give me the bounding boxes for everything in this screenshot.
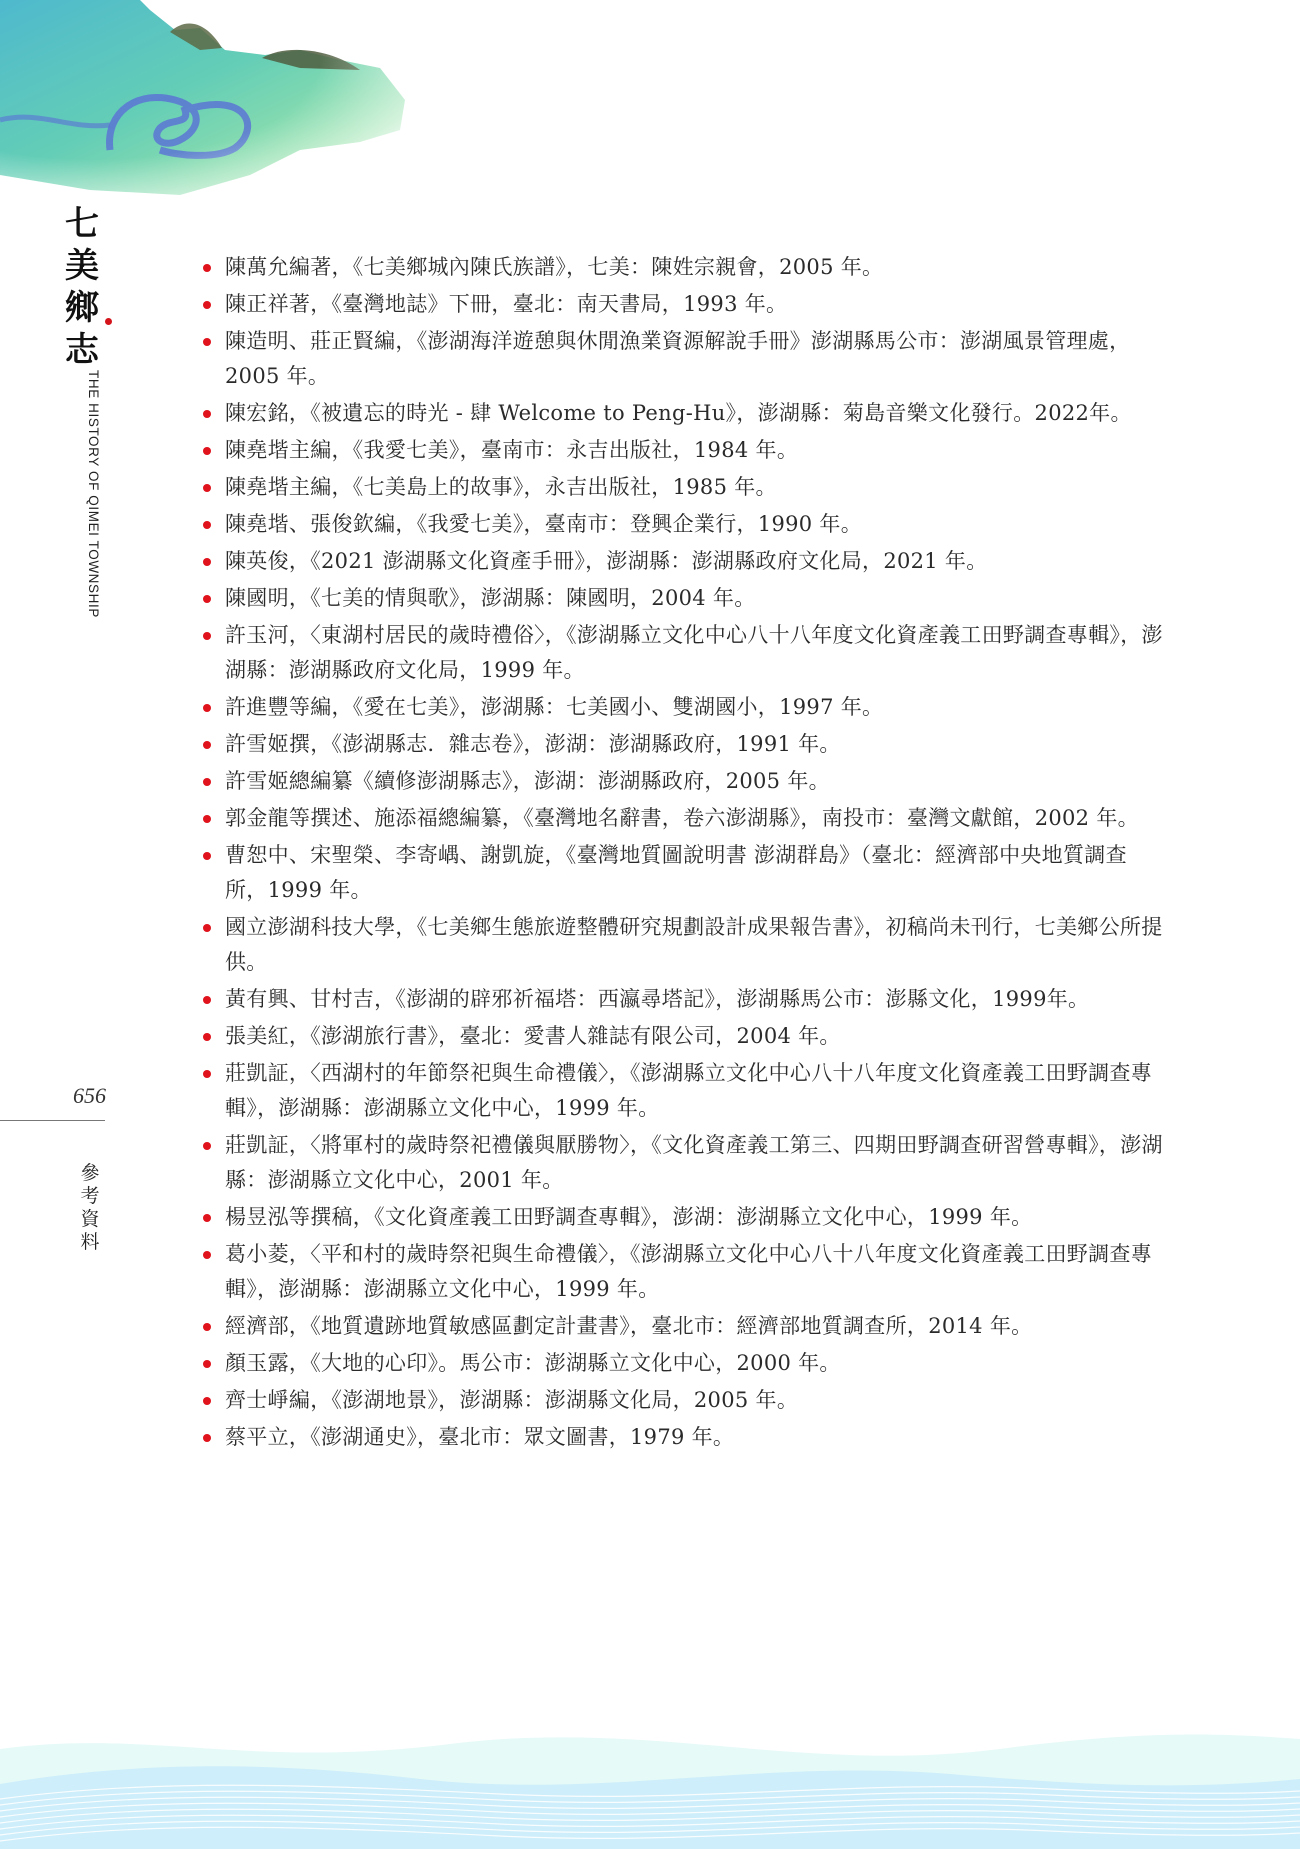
reference-text: 經濟部，《地質遺跡地質敏感區劃定計畫書》，臺北市：經濟部地質調查所，2014 年… [225, 1314, 1032, 1338]
reference-text: 陳堯堦主編，《七美島上的故事》，永吉出版社，1985 年。 [225, 475, 777, 499]
book-title-char: 鄉 [65, 287, 99, 329]
bullet-icon [203, 778, 211, 786]
reference-list: 陳萬允編著，《七美鄉城內陳氏族譜》，七美：陳姓宗親會，2005 年。 陳正祥著，… [203, 250, 1163, 1457]
reference-text: 國立澎湖科技大學，《七美鄉生態旅遊整體研究規劃設計成果報告書》，初稿尚未刊行，七… [225, 915, 1163, 974]
reference-item: 張美紅，《澎湖旅行書》，臺北：愛書人雜誌有限公司，2004 年。 [203, 1019, 1163, 1054]
reference-item: 許雪姬撰，《澎湖縣志．雜志卷》，澎湖：澎湖縣政府，1991 年。 [203, 727, 1163, 762]
bullet-icon [203, 447, 211, 455]
bullet-icon [203, 924, 211, 932]
reference-text: 陳堯堦、張俊欽編，《我愛七美》，臺南市：登興企業行，1990 年。 [225, 512, 862, 536]
section-label-char: 考 [80, 1185, 99, 1208]
section-label-char: 料 [80, 1231, 99, 1254]
bullet-icon [203, 996, 211, 1004]
reference-text: 黃有興、甘村吉，《澎湖的辟邪祈福塔：西瀛尋塔記》，澎湖縣馬公市：澎縣文化，199… [225, 987, 1089, 1011]
reference-text: 許進豐等編，《愛在七美》，澎湖縣：七美國小、雙湖國小，1997 年。 [225, 695, 883, 719]
bullet-icon [203, 741, 211, 749]
reference-item: 齊士崢編，《澎湖地景》，澎湖縣：澎湖縣文化局，2005 年。 [203, 1383, 1163, 1418]
page-number: 656 [66, 1083, 106, 1109]
title-seal-dot-icon [105, 318, 112, 325]
reference-text: 許雪姬總編纂《續修澎湖縣志》，澎湖：澎湖縣政府，2005 年。 [225, 769, 830, 793]
reference-item: 許雪姬總編纂《續修澎湖縣志》，澎湖：澎湖縣政府，2005 年。 [203, 764, 1163, 799]
bullet-icon [203, 1251, 211, 1259]
reference-text: 張美紅，《澎湖旅行書》，臺北：愛書人雜誌有限公司，2004 年。 [225, 1024, 841, 1048]
reference-text: 莊凱証，〈將軍村的歲時祭祀禮儀與厭勝物〉，《文化資產義工第三、四期田野調查研習營… [225, 1133, 1163, 1192]
reference-text: 葛小菱，〈平和村的歲時祭祀與生命禮儀〉，《澎湖縣立文化中心八十八年度文化資產義工… [225, 1242, 1152, 1301]
reference-item: 曹恕中、宋聖榮、李寄嵎、謝凱旋，《臺灣地質圖說明書 澎湖群島》（臺北：經濟部中央… [203, 838, 1163, 908]
book-title-char: 志 [65, 329, 99, 371]
reference-text: 陳國明，《七美的情與歌》，澎湖縣：陳國明，2004 年。 [225, 586, 756, 610]
bullet-icon [203, 1033, 211, 1041]
reference-item: 陳萬允編著，《七美鄉城內陳氏族譜》，七美：陳姓宗親會，2005 年。 [203, 250, 1163, 285]
reference-item: 楊昱泓等撰稿，《文化資產義工田野調查專輯》，澎湖：澎湖縣立文化中心，1999 年… [203, 1200, 1163, 1235]
book-title-char: 美 [65, 245, 99, 287]
reference-text: 陳堯堦主編，《我愛七美》，臺南市：永吉出版社，1984 年。 [225, 438, 798, 462]
reference-text: 許雪姬撰，《澎湖縣志．雜志卷》，澎湖：澎湖縣政府，1991 年。 [225, 732, 841, 756]
reference-item: 陳堯堦主編，《七美島上的故事》，永吉出版社，1985 年。 [203, 470, 1163, 505]
bullet-icon [203, 1397, 211, 1405]
reference-text: 蔡平立，《澎湖通史》，臺北市：眾文圖書，1979 年。 [225, 1425, 734, 1449]
reference-item: 顏玉露，《大地的心印》。馬公市：澎湖縣立文化中心，2000 年。 [203, 1346, 1163, 1381]
wave-footer-decoration [0, 1699, 1300, 1849]
bullet-icon [203, 852, 211, 860]
page-number-divider [0, 1120, 105, 1121]
reference-text: 陳正祥著，《臺灣地誌》下冊，臺北：南天書局，1993 年。 [225, 292, 787, 316]
reference-text: 楊昱泓等撰稿，《文化資產義工田野調查專輯》，澎湖：澎湖縣立文化中心，1999 年… [225, 1205, 1032, 1229]
bullet-icon [203, 1434, 211, 1442]
reference-item: 陳英俊，《2021 澎湖縣文化資產手冊》，澎湖縣：澎湖縣政府文化局，2021 年… [203, 544, 1163, 579]
bullet-icon [203, 704, 211, 712]
reference-item: 陳宏銘，《被遺忘的時光 - 肆 Welcome to Peng-Hu》，澎湖縣：… [203, 396, 1163, 431]
bullet-icon [203, 1214, 211, 1222]
reference-item: 郭金龍等撰述、施添福總編纂，《臺灣地名辭書，卷六澎湖縣》，南投市：臺灣文獻館，2… [203, 801, 1163, 836]
reference-item: 莊凱証，〈西湖村的年節祭祀與生命禮儀〉，《澎湖縣立文化中心八十八年度文化資產義工… [203, 1056, 1163, 1126]
reference-text: 曹恕中、宋聖榮、李寄嵎、謝凱旋，《臺灣地質圖說明書 澎湖群島》（臺北：經濟部中央… [225, 843, 1127, 902]
section-label-char: 資 [80, 1208, 99, 1231]
reference-text: 陳英俊，《2021 澎湖縣文化資產手冊》，澎湖縣：澎湖縣政府文化局，2021 年… [225, 549, 988, 573]
reference-text: 齊士崢編，《澎湖地景》，澎湖縣：澎湖縣文化局，2005 年。 [225, 1388, 798, 1412]
reference-item: 蔡平立，《澎湖通史》，臺北市：眾文圖書，1979 年。 [203, 1420, 1163, 1455]
book-title-english: THE HISTORY OF QIMEI TOWNSHIP [86, 370, 101, 618]
bullet-icon [203, 338, 211, 346]
bullet-icon [203, 410, 211, 418]
bullet-icon [203, 558, 211, 566]
bullet-icon [203, 521, 211, 529]
bullet-icon [203, 484, 211, 492]
book-title-vertical: 七 美 鄉 志 [62, 203, 102, 371]
bullet-icon [203, 1360, 211, 1368]
watercolor-header-illustration [0, 0, 460, 200]
reference-text: 莊凱証，〈西湖村的年節祭祀與生命禮儀〉，《澎湖縣立文化中心八十八年度文化資產義工… [225, 1061, 1152, 1120]
bullet-icon [203, 264, 211, 272]
book-title-char: 七 [65, 203, 99, 245]
reference-item: 陳堯堦主編，《我愛七美》，臺南市：永吉出版社，1984 年。 [203, 433, 1163, 468]
reference-item: 陳造明、莊正賢編，《澎湖海洋遊憩與休閒漁業資源解說手冊》澎湖縣馬公市：澎湖風景管… [203, 324, 1163, 394]
bullet-icon [203, 815, 211, 823]
bullet-icon [203, 1142, 211, 1150]
reference-item: 莊凱証，〈將軍村的歲時祭祀禮儀與厭勝物〉，《文化資產義工第三、四期田野調查研習營… [203, 1128, 1163, 1198]
reference-text: 郭金龍等撰述、施添福總編纂，《臺灣地名辭書，卷六澎湖縣》，南投市：臺灣文獻館，2… [225, 806, 1139, 830]
section-label-char: 參 [80, 1162, 99, 1185]
bullet-icon [203, 1323, 211, 1331]
bullet-icon [203, 595, 211, 603]
reference-item: 國立澎湖科技大學，《七美鄉生態旅遊整體研究規劃設計成果報告書》，初稿尚未刊行，七… [203, 910, 1163, 980]
reference-item: 黃有興、甘村吉，《澎湖的辟邪祈福塔：西瀛尋塔記》，澎湖縣馬公市：澎縣文化，199… [203, 982, 1163, 1017]
reference-item: 陳堯堦、張俊欽編，《我愛七美》，臺南市：登興企業行，1990 年。 [203, 507, 1163, 542]
reference-text: 陳宏銘，《被遺忘的時光 - 肆 Welcome to Peng-Hu》，澎湖縣：… [225, 401, 1132, 425]
reference-text: 顏玉露，《大地的心印》。馬公市：澎湖縣立文化中心，2000 年。 [225, 1351, 841, 1375]
bullet-icon [203, 632, 211, 640]
bullet-icon [203, 1070, 211, 1078]
reference-item: 葛小菱，〈平和村的歲時祭祀與生命禮儀〉，《澎湖縣立文化中心八十八年度文化資產義工… [203, 1237, 1163, 1307]
reference-item: 許進豐等編，《愛在七美》，澎湖縣：七美國小、雙湖國小，1997 年。 [203, 690, 1163, 725]
reference-text: 陳萬允編著，《七美鄉城內陳氏族譜》，七美：陳姓宗親會，2005 年。 [225, 255, 883, 279]
section-label-vertical: 參 考 資 料 [77, 1162, 103, 1254]
bullet-icon [203, 301, 211, 309]
reference-text: 陳造明、莊正賢編，《澎湖海洋遊憩與休閒漁業資源解說手冊》澎湖縣馬公市：澎湖風景管… [225, 329, 1130, 388]
reference-item: 經濟部，《地質遺跡地質敏感區劃定計畫書》，臺北市：經濟部地質調查所，2014 年… [203, 1309, 1163, 1344]
reference-item: 許玉河，〈東湖村居民的歲時禮俗〉，《澎湖縣立文化中心八十八年度文化資產義工田野調… [203, 618, 1163, 688]
reference-item: 陳國明，《七美的情與歌》，澎湖縣：陳國明，2004 年。 [203, 581, 1163, 616]
reference-text: 許玉河，〈東湖村居民的歲時禮俗〉，《澎湖縣立文化中心八十八年度文化資產義工田野調… [225, 623, 1163, 682]
reference-item: 陳正祥著，《臺灣地誌》下冊，臺北：南天書局，1993 年。 [203, 287, 1163, 322]
